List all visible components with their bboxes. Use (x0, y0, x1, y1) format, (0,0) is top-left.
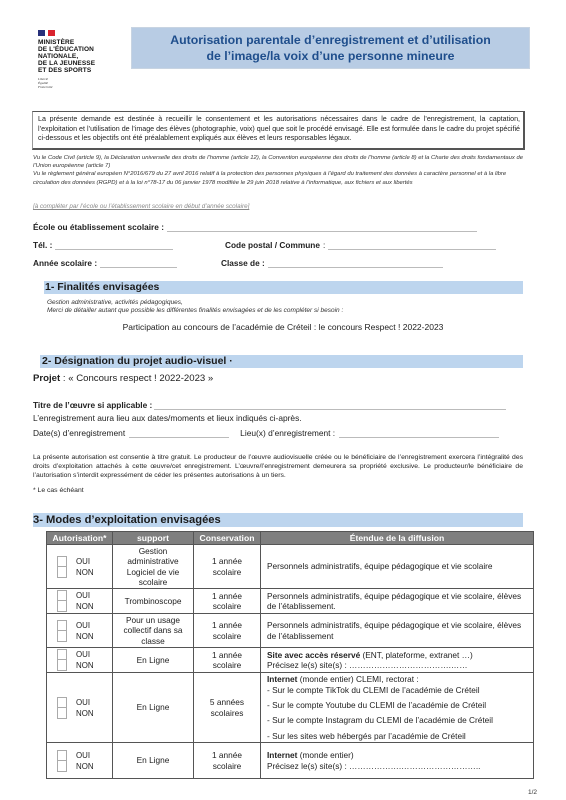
non-label: NON (76, 660, 94, 671)
oui-label: OUI (76, 649, 94, 660)
table-row: OUINONPour un usage collectif dans sa cl… (47, 614, 534, 648)
oui-label: OUI (76, 620, 94, 631)
oui-checkbox[interactable] (57, 590, 67, 601)
authorization-cell: OUINON (47, 614, 113, 648)
section-2-heading: 2- Désignation du projet audio-visuel · (40, 355, 523, 368)
table-row: OUINONEn Ligne5 années scolairesInternet… (47, 673, 534, 743)
oui-label: OUI (76, 750, 94, 761)
oui-checkbox[interactable] (57, 620, 67, 631)
class-input[interactable] (268, 259, 443, 268)
non-label: NON (76, 601, 94, 612)
school-fill-note: [à compléter par l’école ou l’établissem… (33, 203, 249, 210)
oui-label: OUI (76, 590, 94, 601)
table-row: OUINONGestion administrative Logiciel de… (47, 545, 534, 589)
purposes-note: Gestion administrative, activités pédago… (47, 299, 343, 315)
extent-cell: Internet (monde entier)Précisez le(s) si… (261, 743, 534, 779)
conservation-cell: 1 année scolaire (194, 648, 261, 673)
school-input[interactable] (167, 223, 477, 232)
conservation-cell: 1 année scolaire (194, 614, 261, 648)
extent-line: Personnels administratifs, équipe pédago… (267, 591, 530, 612)
authorization-choice: OUINON (50, 590, 109, 612)
tel-input[interactable] (55, 241, 173, 250)
extent-heading: Internet (267, 750, 297, 760)
authorization-choice: OUINON (50, 649, 109, 671)
non-label: NON (76, 631, 94, 642)
non-checkbox[interactable] (57, 761, 67, 772)
school-field: École ou établissement scolaire : (33, 222, 477, 232)
work-title-input[interactable] (154, 401, 506, 410)
ministry-logo: MINISTÈRE DE L'ÉDUCATION NATIONALE, DE L… (38, 30, 128, 90)
consent-paragraph: La présente autorisation est consentie à… (33, 454, 523, 481)
recording-place-input[interactable] (339, 429, 499, 438)
non-checkbox[interactable] (57, 631, 67, 642)
recording-dates-row: Date(s) d’enregistrement Lieu(x) d’enreg… (33, 428, 499, 438)
non-checkbox[interactable] (57, 708, 67, 719)
page-number: 1/2 (528, 789, 537, 796)
column-header-authorization: Autorisation* (47, 532, 113, 545)
project-line: Projet : « Concours respect ! 2022-2023 … (33, 373, 213, 384)
extent-line: - Sur le compte Youtube du CLEMI de l’ac… (267, 700, 530, 710)
class-field: Classe de : (221, 258, 443, 268)
project-value: : « Concours respect ! 2022-2023 » (60, 373, 213, 384)
support-cell: Pour un usage collectif dans sa classe (113, 614, 194, 648)
table-row: OUINONEn Ligne1 année scolaireInternet (… (47, 743, 534, 779)
purposes-value[interactable]: Participation au concours de l’académie … (0, 322, 566, 332)
extent-line: Personnels administratifs, équipe pédago… (267, 620, 530, 641)
column-header-extent: Étendue de la diffusion (261, 532, 534, 545)
extent-cell: Personnels administratifs, équipe pédago… (261, 545, 534, 589)
conservation-cell: 1 année scolaire (194, 743, 261, 779)
authorization-choice: OUINON (50, 620, 109, 642)
table-header-row: Autorisation* support Conservation Étend… (47, 532, 534, 545)
authorization-choice: OUINON (50, 556, 109, 578)
support-cell: Gestion administrative Logiciel de vie s… (113, 545, 194, 589)
extent-heading: Site avec accès réservé (267, 650, 360, 660)
extent-line: Précisez le(s) site(s) : ……………………………….…… (267, 660, 530, 670)
footnote: * Le cas échéant (33, 487, 84, 494)
work-title-field: Titre de l’œuvre si applicable : (33, 400, 506, 410)
column-header-conservation: Conservation (194, 532, 261, 545)
non-checkbox[interactable] (57, 567, 67, 578)
extent-line: Précisez le(s) site(s) : ……………….……………………… (267, 761, 530, 771)
legal-references: Vu le Code Civil (article 9), la Déclara… (33, 154, 527, 187)
table-row: OUINONTrombinoscope1 année scolairePerso… (47, 589, 534, 614)
authorization-cell: OUINON (47, 673, 113, 743)
non-label: NON (76, 708, 94, 719)
authorization-choice: OUINON (50, 750, 109, 772)
authorization-choice: OUINON (50, 697, 109, 719)
oui-label: OUI (76, 697, 94, 708)
support-cell: Trombinoscope (113, 589, 194, 614)
conservation-cell: 1 année scolaire (194, 589, 261, 614)
extent-cell: Personnels administratifs, équipe pédago… (261, 589, 534, 614)
postal-input[interactable] (328, 241, 496, 250)
extent-line: - Sur les sites web hébergés par l’acadé… (267, 731, 530, 741)
extent-cell: Site avec accès réservé (ENT, plateforme… (261, 648, 534, 673)
oui-label: OUI (76, 556, 94, 567)
tel-field: Tél. : (33, 240, 173, 250)
french-flag-icon (38, 30, 128, 36)
oui-checkbox[interactable] (57, 697, 67, 708)
postal-field: Code postal / Commune : (225, 240, 496, 250)
non-checkbox[interactable] (57, 601, 67, 612)
section-3-heading: 3- Modes d’exploitation envisagées (33, 513, 523, 527)
ministry-name: MINISTÈRE DE L'ÉDUCATION NATIONALE, DE L… (38, 39, 128, 74)
document-title: Autorisation parentale d’enregistrement … (170, 32, 490, 64)
recording-date-input[interactable] (129, 429, 229, 438)
authorization-cell: OUINON (47, 648, 113, 673)
oui-checkbox[interactable] (57, 556, 67, 567)
extent-cell: Personnels administratifs, équipe pédago… (261, 614, 534, 648)
support-cell: En Ligne (113, 673, 194, 743)
conservation-cell: 1 année scolaire (194, 545, 261, 589)
support-cell: En Ligne (113, 648, 194, 673)
extent-heading: Internet (267, 674, 297, 684)
authorization-cell: OUINON (47, 545, 113, 589)
document-title-box: Autorisation parentale d’enregistrement … (131, 27, 530, 69)
support-cell: En Ligne (113, 743, 194, 779)
extent-line: - Sur le compte TikTok du CLEMI de l’aca… (267, 685, 530, 695)
extent-line: Personnels administratifs, équipe pédago… (267, 561, 530, 571)
exploitation-modes-table: Autorisation* support Conservation Étend… (46, 531, 534, 779)
column-header-support: support (113, 532, 194, 545)
extent-cell: Internet (monde entier) CLEMI, rectorat … (261, 673, 534, 743)
authorization-cell: OUINON (47, 743, 113, 779)
intro-paragraph: La présente demande est destinée à recue… (32, 111, 525, 150)
republic-motto: Liberté Égalité Fraternité (38, 77, 128, 90)
extent-line: - Sur le compte Instagram du CLEMI de l’… (267, 715, 530, 725)
non-label: NON (76, 761, 94, 772)
section-1-heading: 1- Finalités envisagées (44, 281, 523, 294)
oui-checkbox[interactable] (57, 649, 67, 660)
school-year-input[interactable] (100, 259, 177, 268)
conservation-cell: 5 années scolaires (194, 673, 261, 743)
recording-note: L’enregistrement aura lieu aux dates/mom… (33, 413, 302, 423)
non-label: NON (76, 567, 94, 578)
school-year-field: Année scolaire : (33, 258, 177, 268)
oui-checkbox[interactable] (57, 750, 67, 761)
authorization-cell: OUINON (47, 589, 113, 614)
non-checkbox[interactable] (57, 660, 67, 671)
table-row: OUINONEn Ligne1 année scolaireSite avec … (47, 648, 534, 673)
